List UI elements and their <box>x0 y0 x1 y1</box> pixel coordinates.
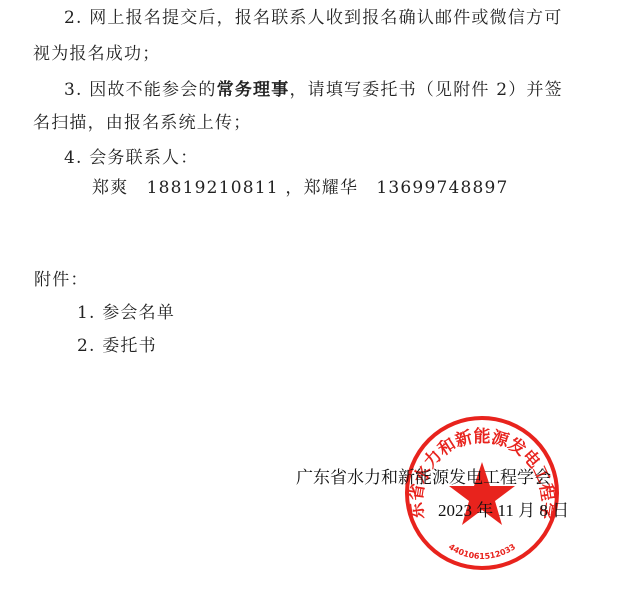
attachments-label: 附件： <box>34 269 89 291</box>
contacts-line: 郑爽 18819210811 ，郑耀华 13699748897 <box>92 177 509 199</box>
item-2-line-1: 2. 网上报名提交后，报名联系人收到报名确认邮件或微信方可 <box>64 7 562 29</box>
item-3-suffix: ，请填写委托书（见附件 2）并签 <box>289 80 562 100</box>
item-3-bold-term: 常务理事 <box>217 80 290 100</box>
attachment-item: 2. 委托书 <box>77 335 157 357</box>
item-4-label: 4. 会务联系人： <box>64 147 198 169</box>
item-3-line-1: 3. 因故不能参会的常务理事，请填写委托书（见附件 2）并签 <box>64 79 563 101</box>
official-seal-icon: 广东省水力和新能源发电工程学会 4401061512033 <box>403 414 561 572</box>
attachment-item: 1. 参会名单 <box>77 302 175 324</box>
item-3-line-2: 名扫描，由报名系统上传； <box>33 112 251 134</box>
signature-organization: 广东省水力和新能源发电工程学会 <box>296 467 551 489</box>
item-2-line-2: 视为报名成功； <box>33 43 160 65</box>
signature-date: 2023 年 11 月 8 日 <box>438 500 569 522</box>
item-3-prefix: 3. 因故不能参会的 <box>64 80 217 100</box>
svg-text:4401061512033: 4401061512033 <box>447 542 517 561</box>
